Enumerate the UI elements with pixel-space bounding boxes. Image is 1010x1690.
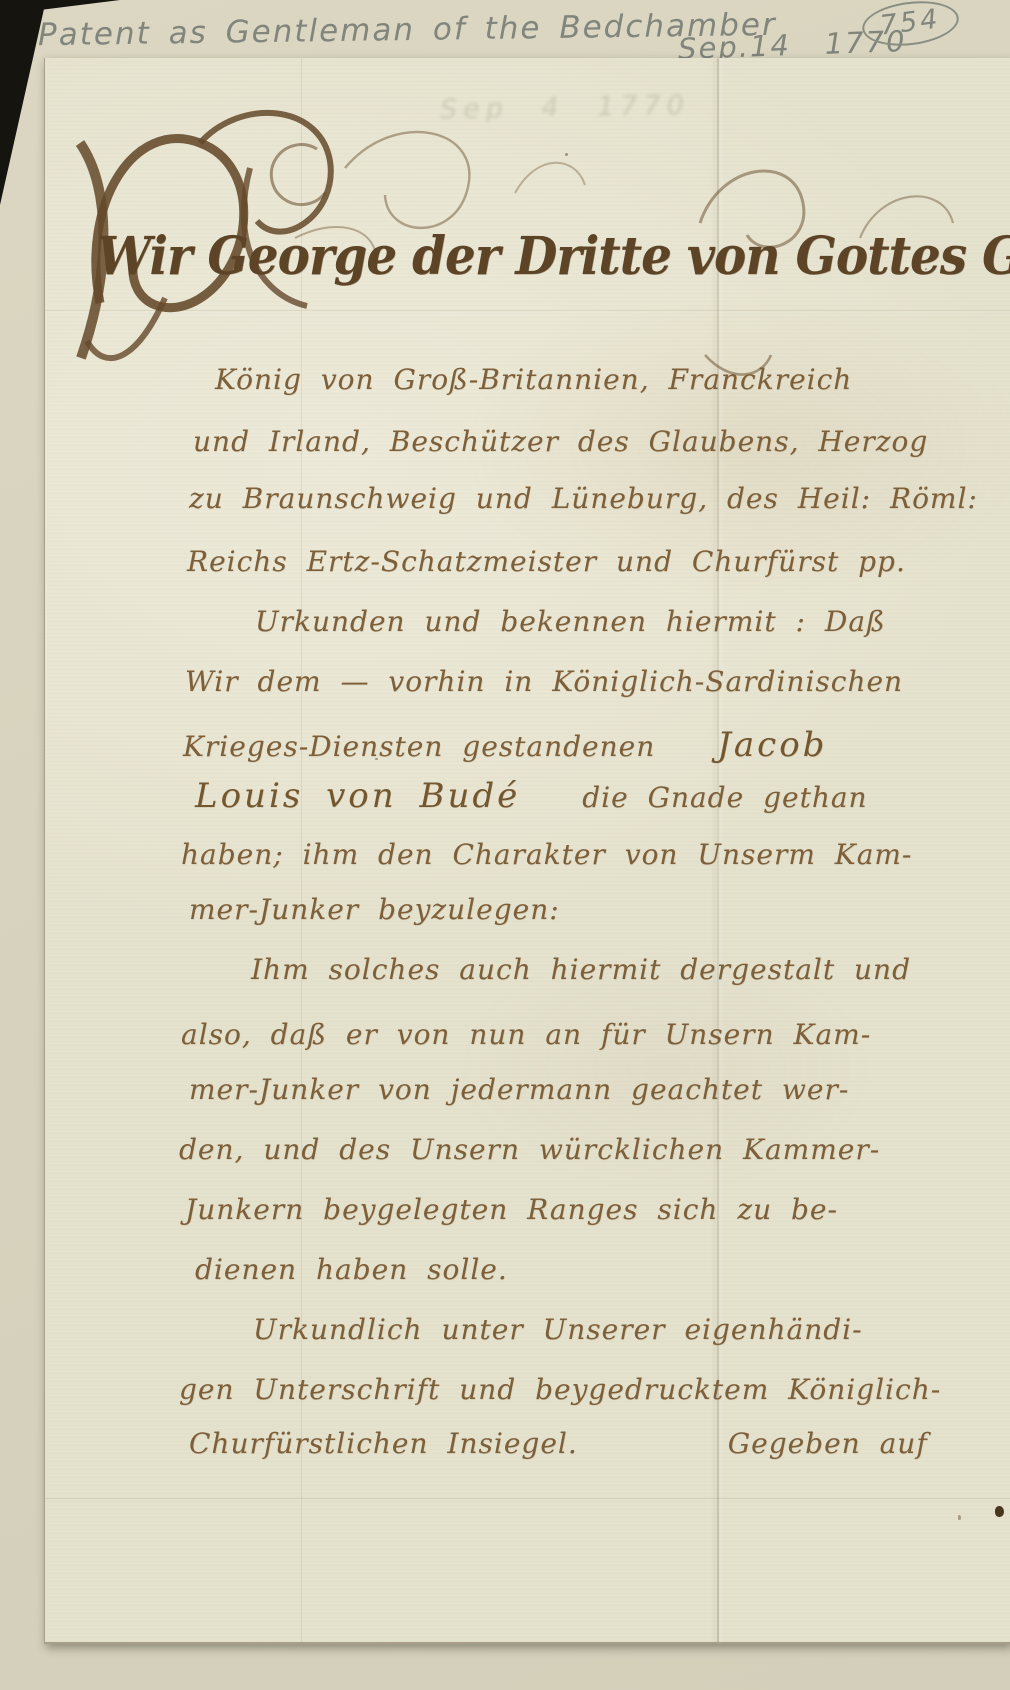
manuscript-line: mer-Junker von jedermann geachtet wer- [189,1073,849,1106]
line-text: Ihm solches auch hiermit dergestalt und [251,953,911,986]
manuscript-line: Wir dem — vorhin in Königlich-Sardinisch… [185,665,903,698]
manuscript-line: Louis von Budédie Gnade gethan [195,776,868,816]
ink-speck [565,153,568,156]
name-jacob: Jacob [717,725,827,765]
royal-intitulatio-header: Wir George der Dritte von Gottes Gnaden [97,226,943,287]
manuscript-line: Ihm solches auch hiermit dergestalt und [251,953,911,986]
manuscript-line: mer-Junker beyzulegen: [189,893,560,926]
manuscript-line: also, daß er von nun an für Unsern Kam- [181,1018,871,1051]
fold-crease-horizontal-top [45,310,1010,311]
erased-ghost-annotation: Sep 4 1770 [440,90,690,125]
line-text: und Irland, Beschützer des Glaubens, Her… [193,425,928,458]
manuscript-line: Krieges-Diensten gestandenenJacob [183,725,827,765]
line-text: also, daß er von nun an für Unsern Kam- [181,1018,871,1051]
manuscript-line: Junkern beygelegten Ranges sich zu be- [185,1193,838,1226]
fold-crease-horizontal-bottom [45,1498,1010,1499]
ink-speck [375,758,378,760]
manuscript-line: Urkunden und bekennen hiermit : Daß [255,605,886,638]
line-text: gen Unterschrift und beygedrucktem König… [179,1373,941,1406]
line-text: Urkunden und bekennen hiermit : Daß [255,605,886,638]
ink-blot [995,1506,1004,1517]
line-text: mer-Junker von jedermann geachtet wer- [189,1073,849,1106]
name-bude: Louis von Budé [195,776,520,816]
manuscript-line: gen Unterschrift und beygedrucktem König… [179,1373,941,1406]
line-text: König von Groß-Britannien, Franckreich [215,363,852,396]
line-text: haben; ihm den Charakter von Unserm Kam- [181,838,912,871]
line-text-2: Gegeben auf [728,1427,928,1460]
line-text: Reichs Ertz-Schatzmeister und Churfürst … [187,545,906,578]
line-text: den, und des Unsern würcklichen Kammer- [179,1133,880,1166]
line-text: mer-Junker beyzulegen: [189,893,560,926]
manuscript-line: Urkundlich unter Unserer eigenhändi- [253,1313,863,1346]
line-text: Urkundlich unter Unserer eigenhändi- [253,1313,863,1346]
line-text: Churfürstlichen Insiegel. [189,1427,578,1460]
manuscript-line: haben; ihm den Charakter von Unserm Kam- [181,838,912,871]
manuscript-line: Reichs Ertz-Schatzmeister und Churfürst … [187,545,906,578]
manuscript-line: und Irland, Beschützer des Glaubens, Her… [193,425,928,458]
line-text: Wir dem — vorhin in Königlich-Sardinisch… [185,665,903,698]
line-text: die Gnade gethan [582,781,867,814]
manuscript-line: den, und des Unsern würcklichen Kammer- [179,1133,880,1166]
manuscript-line: König von Groß-Britannien, Franckreich [215,363,852,396]
manuscript-line: Churfürstlichen Insiegel.Gegeben auf [189,1427,928,1460]
document-sheet: Sep 4 1770 Wir George der Dritte von Got… [44,58,1010,1644]
manuscript-line: zu Braunschweig und Lüneburg, des Heil: … [189,482,978,515]
line-text: Krieges-Diensten gestandenen [183,730,655,763]
manuscript-line: dienen haben solle. [195,1253,508,1286]
line-text: zu Braunschweig und Lüneburg, des Heil: … [189,482,978,515]
line-text: dienen haben solle. [195,1253,508,1286]
line-text: Junkern beygelegten Ranges sich zu be- [185,1193,838,1226]
ink-speck [925,268,927,270]
